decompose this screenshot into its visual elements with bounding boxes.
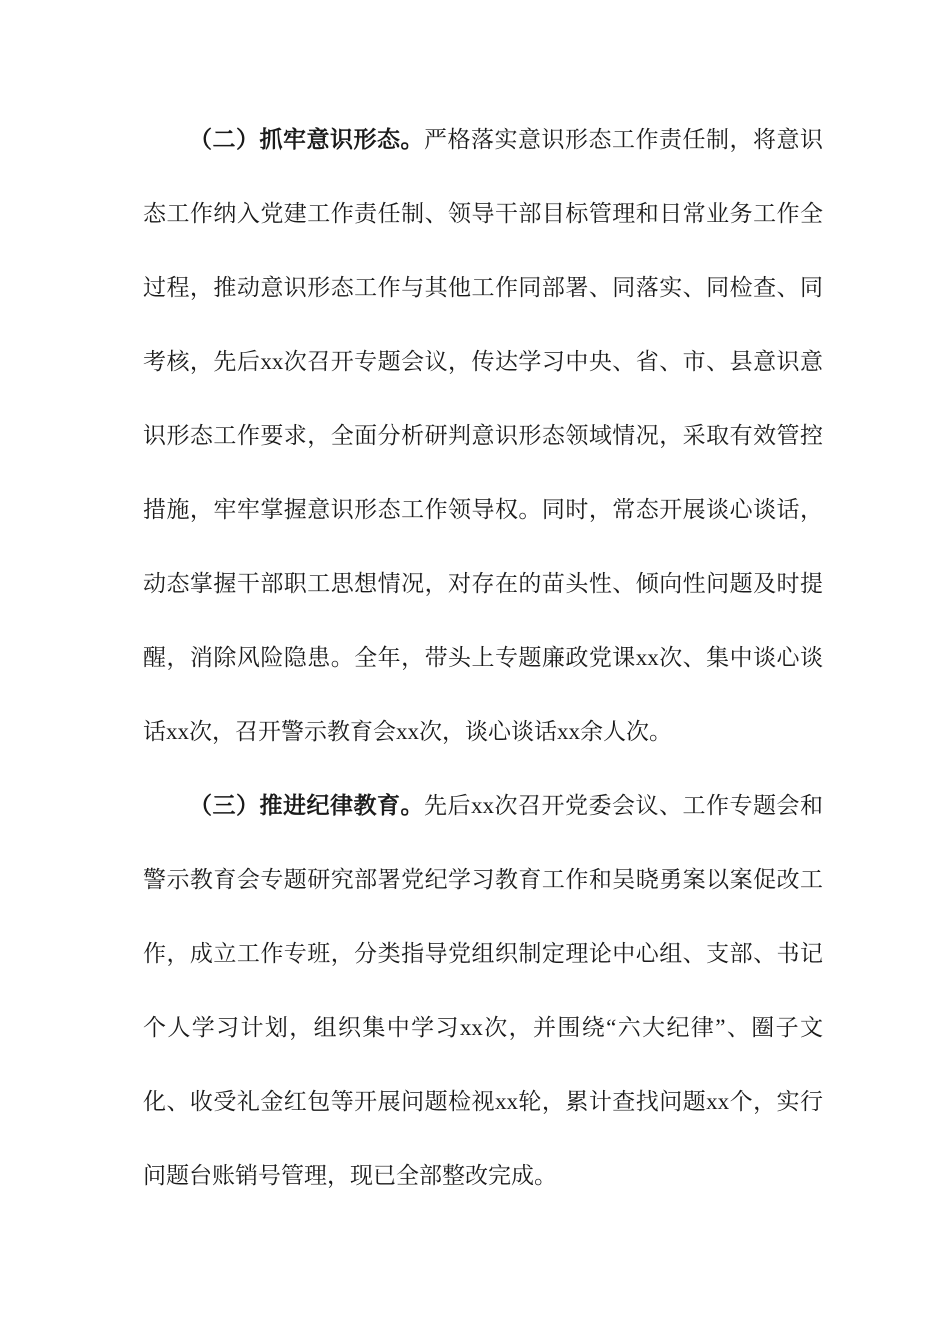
text-line: 问题台账销号管理，现已全部整改完成。 [143,1139,823,1213]
text-line: 醒，消除风险隐患。全年，带头上专题廉政党课xx次、集中谈心谈 [143,621,823,695]
text-line: 识形态工作要求，全面分析研判意识形态领域情况，采取有效管控 [143,399,823,473]
text-line: 话xx次，召开警示教育会xx次，谈心谈话xx余人次。 [143,695,823,769]
text-line: 化、收受礼金红包等开展问题检视xx轮，累计查找问题xx个，实行 [143,1065,823,1139]
text-line: 动态掌握干部职工思想情况，对存在的苗头性、倾向性问题及时提 [143,547,823,621]
text-line: （二）抓牢意识形态。严格落实意识形态工作责任制，将意识形 [143,103,823,177]
document-page: （二）抓牢意识形态。严格落实意识形态工作责任制，将意识形 态工作纳入党建工作责任… [0,0,950,1213]
text-line: 个人学习计划，组织集中学习xx次，并围绕“六大纪律”、圈子文 [143,991,823,1065]
section-3-heading: （三）推进纪律教育。 [189,793,424,818]
paragraph-section-3: （三）推进纪律教育。先后xx次召开党委会议、工作专题会和 警示教育会专题研究部署… [143,769,823,1213]
text-line: 措施，牢牢掌握意识形态工作领导权。同时，常态开展谈心谈话， [143,473,823,547]
text-line: 考核，先后xx次召开专题会议，传达学习中央、省、市、县意识意 [143,325,823,399]
section-2-heading: （二）抓牢意识形态。 [189,127,424,152]
text-line: 态工作纳入党建工作责任制、领导干部目标管理和日常业务工作全 [143,177,823,251]
text-line: 作，成立工作专班，分类指导党组织制定理论中心组、支部、书记 [143,917,823,991]
paragraph-section-2: （二）抓牢意识形态。严格落实意识形态工作责任制，将意识形 态工作纳入党建工作责任… [143,103,823,769]
line-text: 先后xx次召开党委会议、工作专题会和 [424,793,823,818]
text-line: （三）推进纪律教育。先后xx次召开党委会议、工作专题会和 [143,769,823,843]
text-line: 过程，推动意识形态工作与其他工作同部署、同落实、同检查、同 [143,251,823,325]
text-line: 警示教育会专题研究部署党纪学习教育工作和吴晓勇案以案促改工 [143,843,823,917]
